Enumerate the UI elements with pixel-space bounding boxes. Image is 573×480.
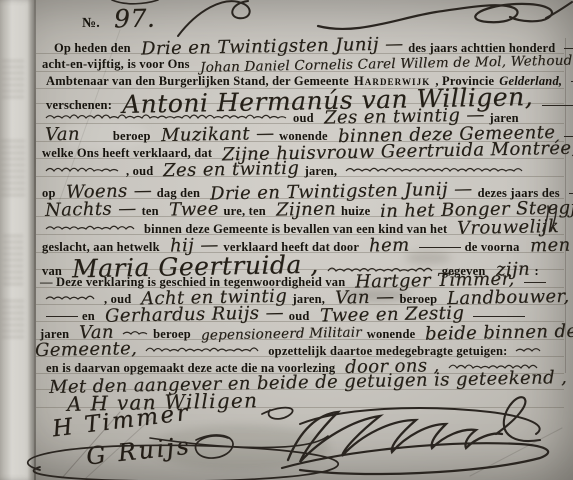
document-line: Nachts —tenTweeure, tenZijnenhuizein het… (40, 201, 573, 217)
printed-form-text: jaren, (293, 292, 326, 306)
printed-form-text: dag den (157, 186, 200, 200)
handwritten-entry: men (529, 237, 570, 256)
blank-filler-line (542, 104, 573, 106)
printed-form-text: ten (142, 204, 159, 218)
printed-form-text: Op heden den (54, 41, 131, 55)
record-number-value: 97. (114, 6, 156, 32)
document-line: oudZes en twintig —jaren (42, 108, 524, 124)
document-line: welke Ons heeft verklaard, datZijne huis… (42, 143, 573, 159)
birth-record-scan: №. 97. Op heden denDrie en Twintigsten J… (0, 0, 573, 480)
bleed-through-mark (1, 140, 25, 200)
printed-form-text: welke Ons heeft verklaard, dat (42, 146, 212, 160)
handwritten-entry: Gerhardus Ruijs — (105, 304, 284, 325)
blank-filler-line (524, 281, 546, 283)
printed-form-text: beroep (153, 327, 191, 341)
printed-form-text: , oud (126, 164, 153, 178)
handwritten-entry: Van (45, 126, 80, 145)
handwritten-entry: Zes en twintig (163, 160, 300, 181)
bleed-through-mark (2, 300, 24, 340)
document-line: enGerhardus Ruijs —oudTwee en Zestig (42, 306, 529, 322)
printed-form-text: acht-en-vijftig, is voor Ons (42, 57, 190, 71)
printed-form-text: huize (341, 204, 370, 218)
document-line: , oudAcht en twintigjaren,Van —beroepLan… (42, 289, 573, 305)
wavy-filler-line (45, 112, 290, 122)
printed-form-text: op (42, 186, 56, 200)
document-line: binnen deze Gemeente is bevallen van een… (42, 219, 564, 235)
handwritten-entry: Twee (169, 201, 219, 220)
handwritten-entry: hem (369, 237, 410, 256)
printed-form-text: oud (289, 309, 310, 323)
document-line: opWoens —dag denDrie en Twintigsten Juni… (42, 183, 573, 199)
document-line: acht-en-vijftig, is voor OnsJohan Daniel… (42, 56, 573, 72)
printed-form-text: wonende (279, 129, 328, 143)
blank-filler-line (569, 192, 573, 194)
document-line: vanMaria Geertruida ,gegevenzijn: (42, 254, 544, 270)
bleed-through-mark (2, 60, 24, 100)
page-fold-line (34, 0, 36, 480)
document-line: — Deze verklaring is geschied in tegenwo… (40, 272, 550, 288)
blank-filler-line (419, 246, 461, 248)
printed-form-text: , oud (104, 292, 131, 306)
document-line: verschenen:Antoni Hermanús van Willigen, (46, 88, 573, 104)
printed-form-text: de voorna (465, 240, 520, 254)
handwritten-entry: Nachts — (45, 200, 137, 220)
document-line: , oudZes en twintigjaren, (42, 161, 533, 177)
document-line: Op heden denDrie en Twintigsten Junij —d… (54, 38, 573, 54)
printed-form-text: wonende (367, 327, 416, 341)
handwritten-entry: Zijnen (276, 200, 336, 219)
blank-filler-line (564, 47, 573, 49)
document-line: Gemeente,opzettelijk daartoe medegebragt… (30, 341, 550, 357)
wavy-filler-line (45, 165, 123, 175)
printed-form-text: jaren, (305, 164, 338, 178)
printed-form-text: geslacht, aan hetwelk (42, 240, 160, 254)
wavy-filler-line (145, 345, 265, 355)
wavy-filler-line (345, 165, 530, 175)
record-number: №. 97. (82, 6, 160, 32)
wavy-filler-line (515, 345, 547, 355)
bleed-through-mark (3, 235, 23, 285)
printed-form-text: oud (293, 111, 314, 125)
wavy-filler-line (45, 223, 141, 233)
printed-form-text: beroep (113, 129, 151, 143)
printed-form-text: en (82, 309, 95, 323)
handwritten-entry: Gemeente, (35, 340, 138, 360)
blank-filler-line (46, 315, 78, 317)
record-number-label: №. (82, 16, 100, 31)
wavy-filler-line (122, 328, 150, 338)
printed-form-text: ure, ten (224, 204, 266, 218)
document-line: Met den aangever en beide de getuigen is… (44, 374, 572, 390)
signature-witness-ruijs: G Ruijs (85, 432, 193, 471)
wavy-filler-line (45, 293, 101, 303)
handwritten-entry: Twee en Zestig (319, 305, 464, 326)
blank-filler-line (473, 315, 525, 317)
